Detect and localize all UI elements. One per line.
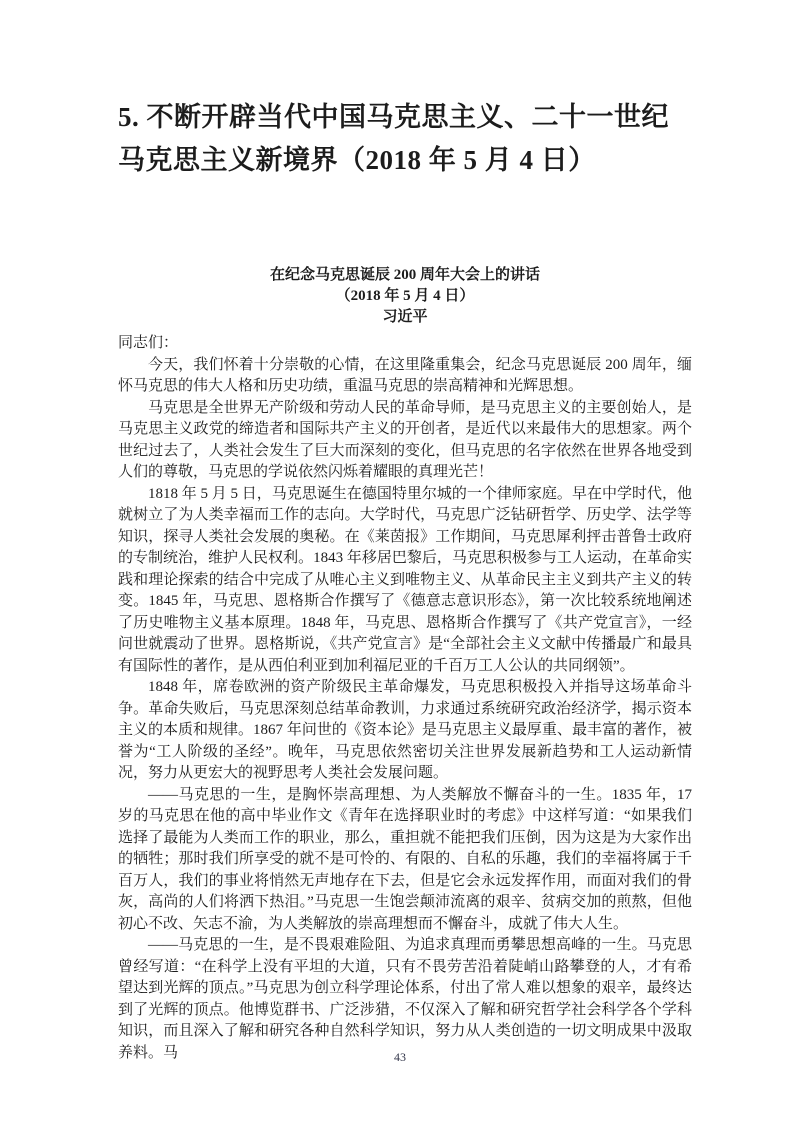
- document-title: 5. 不断开辟当代中国马克思主义、二十一世纪马克思主义新境界（2018 年 5 …: [118, 0, 692, 182]
- paragraph-marx-intro: 马克思是全世界无产阶级和劳动人民的革命导师，是马克思主义的主要创始人，是马克思主…: [118, 398, 692, 484]
- page-number: 43: [0, 1049, 800, 1065]
- paragraph-opening: 今天，我们怀着十分崇敬的心情，在这里隆重集会，纪念马克思诞辰 200 周年，缅怀…: [118, 355, 692, 398]
- speech-date: （2018 年 5 月 4 日）: [118, 286, 692, 307]
- paragraph-salutation: 同志们：: [118, 333, 692, 355]
- page-content: 5. 不断开辟当代中国马克思主义、二十一世纪马克思主义新境界（2018 年 5 …: [118, 0, 692, 1064]
- paragraph-marx-early-life: 1818 年 5 月 5 日，马克思诞生在德国特里尔城的一个律师家庭。早在中学时…: [118, 484, 692, 678]
- paragraph-marx-capital: 1848 年，席卷欧洲的资产阶级民主革命爆发，马克思积极投入并指导这场革命斗争。…: [118, 677, 692, 785]
- speech-title: 在纪念马克思诞辰 200 周年大会上的讲话: [118, 265, 692, 286]
- document-page: 5. 不断开辟当代中国马克思主义、二十一世纪马克思主义新境界（2018 年 5 …: [0, 0, 800, 1133]
- paragraph-marx-ideals: ——马克思的一生，是胸怀崇高理想、为人类解放不懈奋斗的一生。1835 年，17 …: [118, 785, 692, 936]
- paragraph-marx-truth: ——马克思的一生，是不畏艰难险阻、为追求真理而勇攀思想高峰的一生。马克思曾经写道…: [118, 935, 692, 1064]
- speech-body: 同志们： 今天，我们怀着十分崇敬的心情，在这里隆重集会，纪念马克思诞辰 200 …: [118, 333, 692, 1064]
- speech-header: 在纪念马克思诞辰 200 周年大会上的讲话 （2018 年 5 月 4 日） 习…: [118, 265, 692, 328]
- speech-author: 习近平: [118, 307, 692, 328]
